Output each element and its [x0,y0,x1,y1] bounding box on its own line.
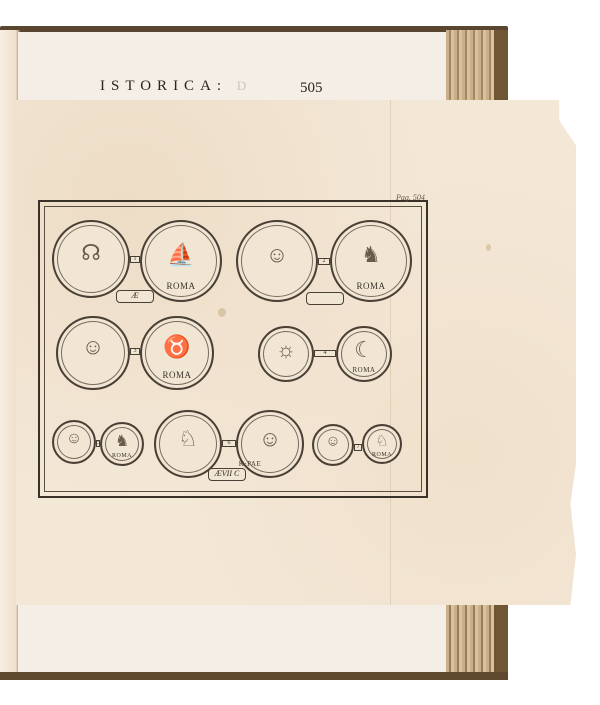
coin-horse-head-small: ♘ ROMA [362,424,402,464]
elephant-headdress-icon: ☺ [82,334,104,360]
cartouche: ÆVII C [208,468,246,481]
coin-dioscuri: ♞ ROMA [330,220,412,302]
coin-link: 1 [130,256,140,263]
running-head-text: ISTORICA: [100,78,227,94]
coin-link: 4 [314,350,336,357]
coin-janus: ☊ [52,220,130,298]
coin-link: 6 [222,440,236,447]
plate-reference: Pag. 504 [396,193,425,202]
fore-edge-top [446,30,508,100]
coin-female-head: ☺ [52,420,96,464]
stain [486,244,491,251]
coin-roma-head: ☺ [236,220,318,302]
coin-prow: ⛵ ROMA [140,220,222,302]
coin-bull: ♉ ROMA [140,316,214,390]
coin-elephant-head: ☺ [56,316,130,390]
horseman-icon: ♞ [115,431,129,451]
bull-icon: ♉ [163,334,190,360]
radiate-sun-icon: ☼ [276,337,296,363]
running-head: ISTORICA: D [100,78,249,95]
helmeted-head-icon: ☺ [325,433,340,450]
janus-head-icon: ☊ [81,240,101,266]
coin-link: 3 [130,348,140,355]
coin-link: 7 [354,444,362,451]
coin-crescent: ☾ ROMA [336,326,392,382]
coin-horseman: ♞ ROMA [100,422,144,466]
coin-helmeted-large: ☺ K·PAE [236,410,304,478]
horse-head-icon: ♘ [178,426,198,452]
binding-edge [494,600,508,676]
fore-edge-bottom [446,600,508,676]
binding-edge [494,30,508,100]
cartouche: Æ [116,290,154,303]
helmeted-head-icon: ☺ [259,426,281,452]
coin-sol: ☼ [258,326,314,382]
ship-prow-icon: ⛵ [167,242,194,268]
female-head-icon: ☺ [66,430,82,448]
helmeted-head-icon: ☺ [266,242,288,268]
coin-helmeted-small: ☺ [312,424,354,466]
horse-head-icon: ♘ [375,432,388,451]
horsemen-icon: ♞ [361,242,381,268]
crescent-stars-icon: ☾ [354,337,374,363]
book-cover-bottom [0,672,508,680]
coin-link: 2 [318,258,330,265]
show-through-text: D [237,78,249,93]
cartouche [306,292,344,305]
page-number: 505 [300,80,323,97]
